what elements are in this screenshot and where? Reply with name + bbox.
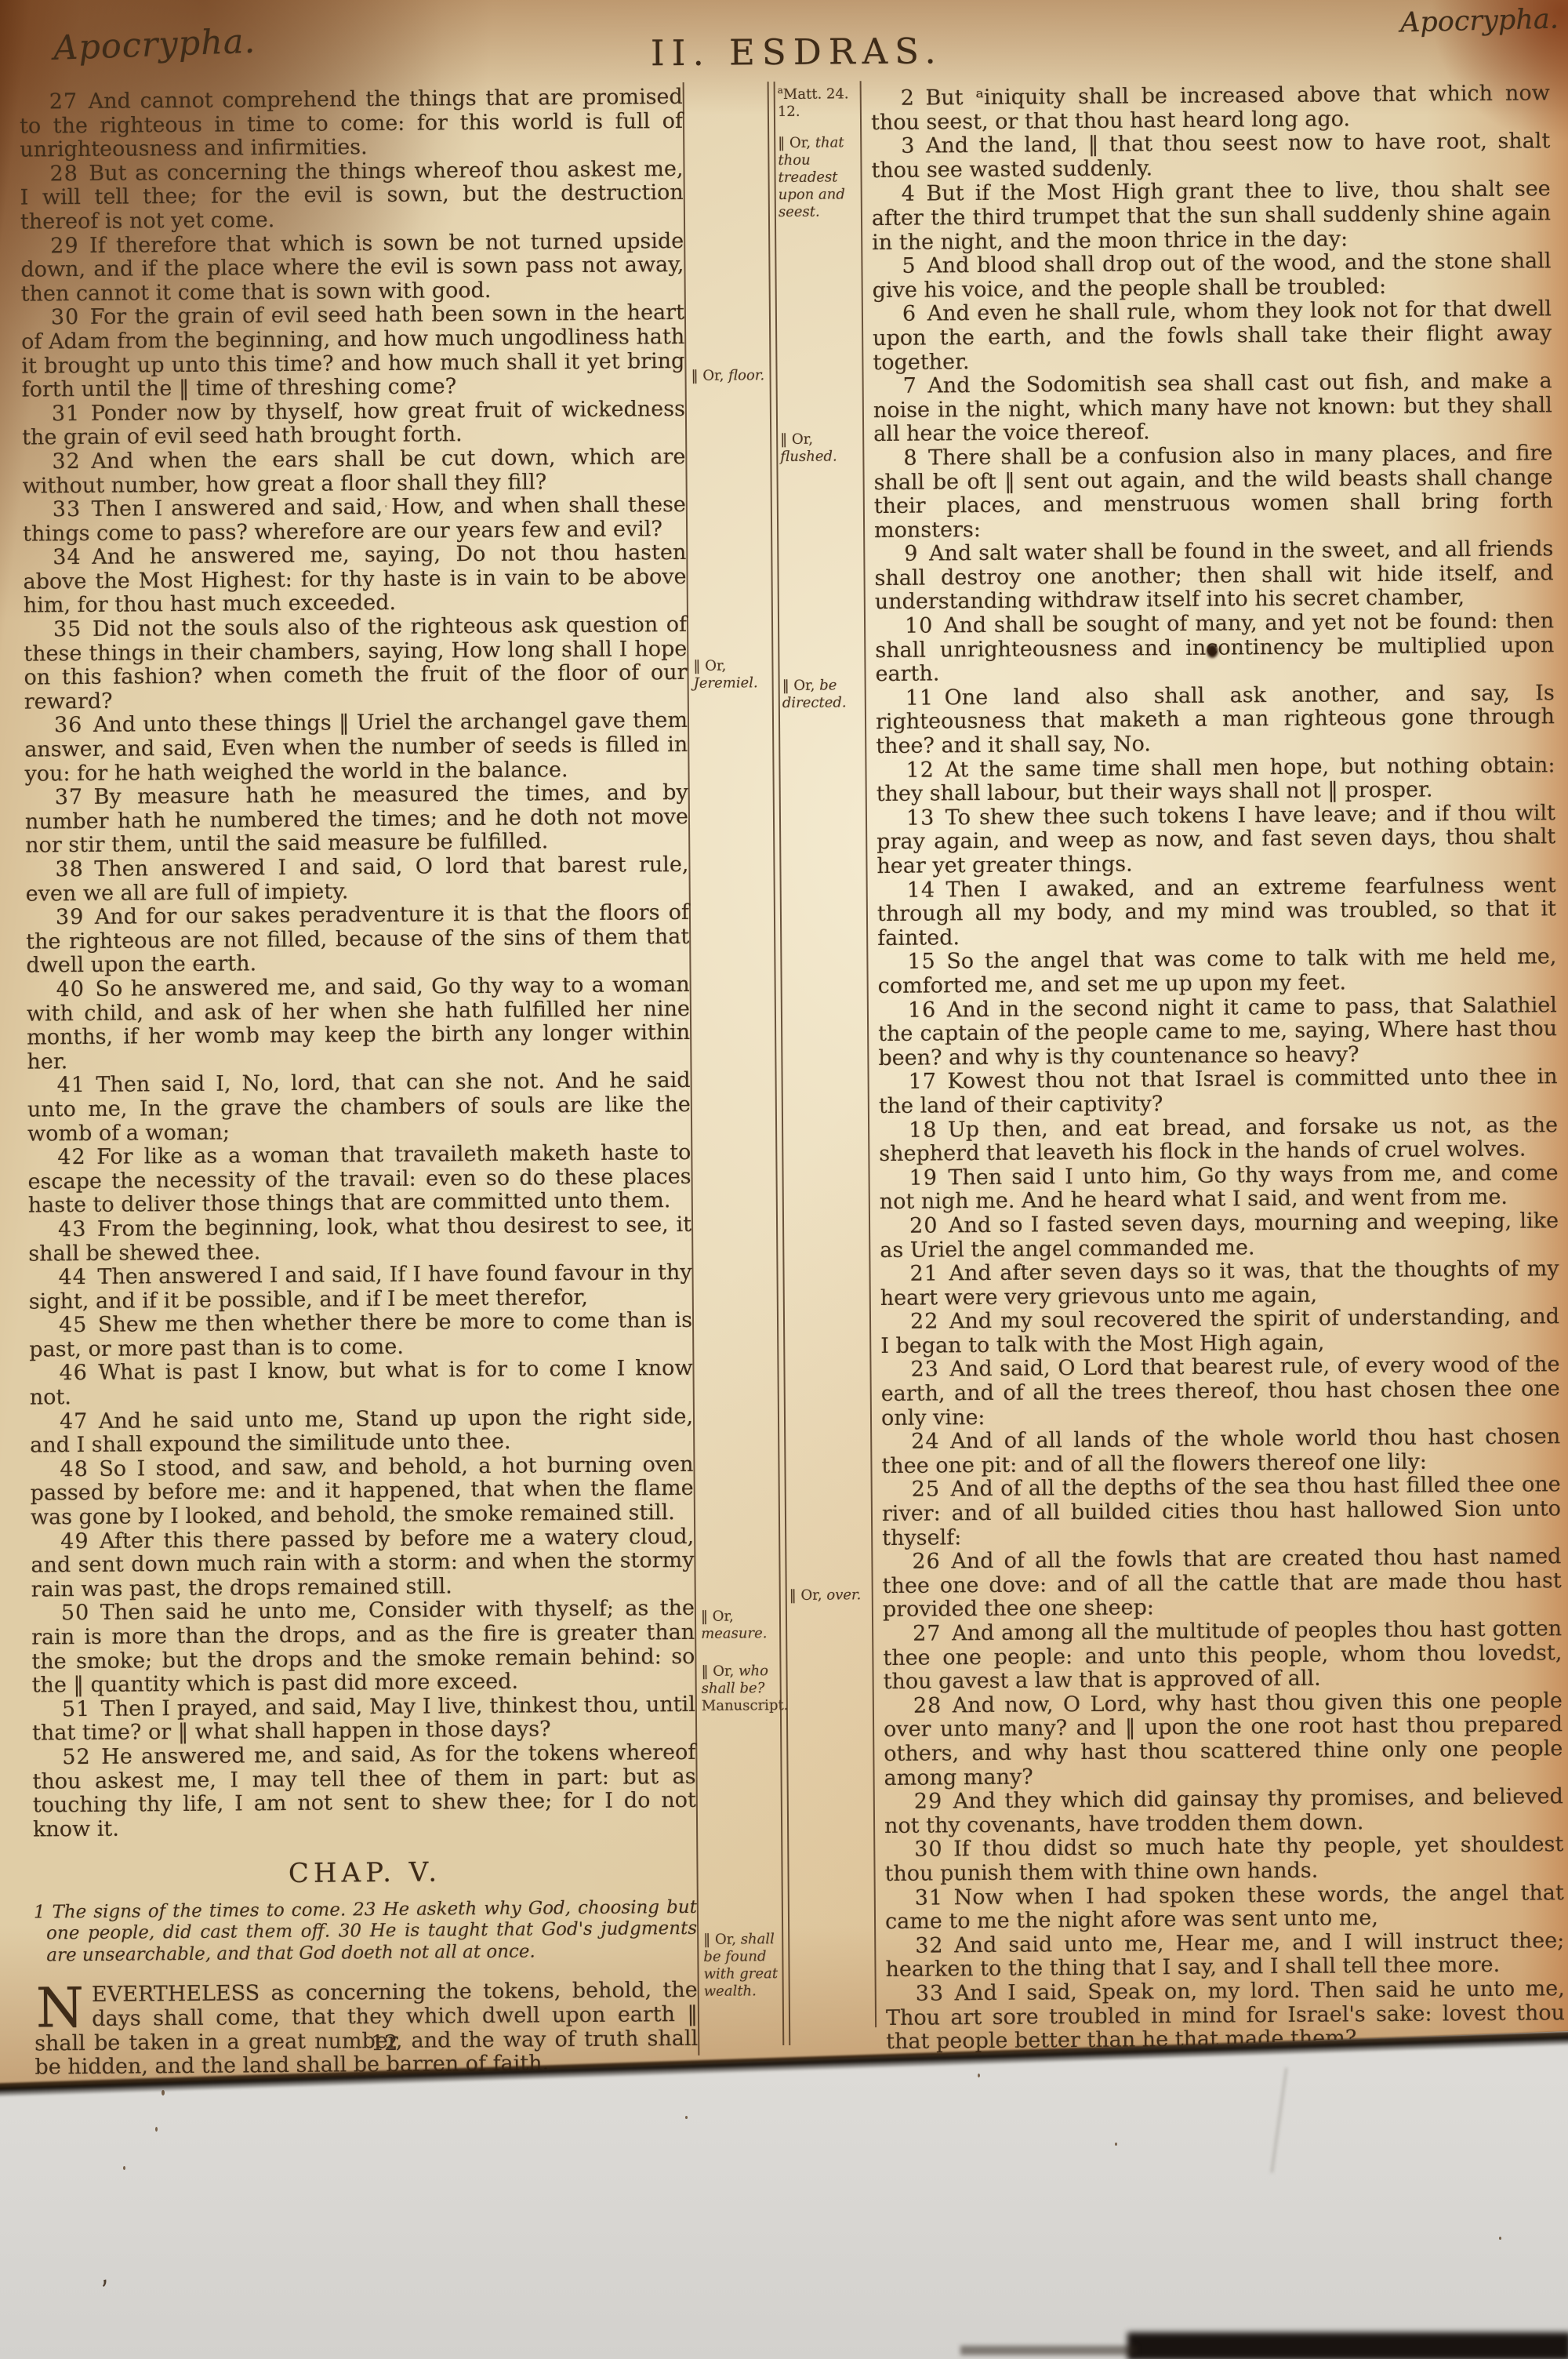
verse-number: 24: [911, 1430, 940, 1454]
verse-number: 45: [59, 1313, 88, 1337]
note-prefix: ‖ Or,: [701, 1663, 734, 1680]
verse-18: 18 Up then, and eat bread, and forsake u…: [879, 1114, 1558, 1167]
verse-number: 33: [916, 1981, 945, 2005]
note-prefix: ‖ Or,: [782, 678, 815, 694]
verse-16: 16 And in the second night it came to pa…: [878, 994, 1558, 1071]
chapter5-verses: 2 But ᵃiniquity shall be increased above…: [871, 82, 1566, 2126]
note-prefix: ‖ Or,: [778, 135, 811, 151]
page-number: 12: [337, 2031, 431, 2056]
verse-number: 14: [907, 878, 936, 902]
verse-number: 16: [908, 998, 937, 1022]
verse-44: 44 Then answered I and said, If I have f…: [28, 1261, 691, 1314]
verse-52: 52 He answered me, and said, As for the …: [32, 1741, 696, 1842]
verse-number: 48: [60, 1457, 89, 1481]
verse-number: 40: [56, 977, 85, 1001]
paper-speck: [1345, 1164, 1348, 1167]
verse-number: 25: [912, 1478, 941, 1502]
note-prefix: ‖ Or,: [693, 658, 726, 674]
photo-scene: , Apocrypha. II. ESDRAS. Apocrypha. 27 A…: [0, 0, 1568, 2359]
dust-speck: [978, 2074, 980, 2077]
verse-8: 8 There shall be a confusion also in man…: [873, 442, 1553, 543]
running-head-right: Apocrypha.: [1400, 3, 1559, 38]
page-title: II. ESDRAS.: [624, 30, 969, 74]
verse-7: 7 And the Sodomitish sea shall cast out …: [873, 369, 1553, 447]
verse-46: 46 What is past I know, but what is for …: [29, 1357, 692, 1410]
note-prefix: ‖ Or,: [701, 1608, 734, 1625]
verse-2: 2 But ᵃiniquity shall be increased above…: [871, 82, 1550, 135]
verse-4: 4 But if the Most High grant thee to liv…: [872, 178, 1552, 256]
verse-number: 34: [53, 545, 82, 569]
note-term: flushed.: [780, 448, 837, 465]
margin-note-flushed: ‖ Or, flushed.: [780, 431, 859, 466]
verse-number: 11: [906, 685, 935, 710]
verse-31: 31 Ponder now by thyself, how great frui…: [22, 398, 685, 451]
bottom-right-shadow: [1127, 2332, 1568, 2359]
verse-number: 9: [904, 542, 918, 566]
verse-number: 26: [912, 1550, 941, 1574]
verse-30: 30 If thou didst so much hate thy people…: [884, 1834, 1563, 1887]
verse-24: 24 And of all lands of the whole world t…: [881, 1425, 1560, 1478]
verse-27: 27 And among all the multitude of people…: [883, 1617, 1563, 1695]
note-term: Jeremiel.: [694, 674, 758, 692]
verse-42: 42 For like as a woman that travaileth m…: [27, 1141, 691, 1218]
verse-number: 39: [56, 905, 85, 929]
verse-number: 2: [901, 86, 915, 111]
verse-number: 6: [902, 302, 916, 326]
verse-37: 37 By measure hath he measured the times…: [25, 781, 689, 858]
verse-50: 50 Then said he unto me, Consider with t…: [31, 1597, 695, 1698]
chapter4-verses: 27 And cannot comprehend the things that…: [20, 85, 697, 1842]
margin-note-measure: ‖ Or, measure.: [701, 1608, 776, 1643]
verse-number: 44: [58, 1265, 87, 1289]
verse-number: 33: [53, 497, 82, 522]
verse-number: 30: [914, 1837, 943, 1862]
margin-note-who-shall-be: ‖ Or, who shall be? Manuscript.: [701, 1663, 777, 1715]
under-sheet-crease: [1271, 2067, 1288, 2172]
verse-28: 28 And now, O Lord, why hast thou given …: [884, 1689, 1563, 1790]
verse-19: 19 Then said I unto him, Go thy ways fro…: [879, 1161, 1558, 1215]
verse-number: 3: [901, 134, 915, 158]
verse-29: 29 If therefore that which is sown be no…: [20, 230, 684, 307]
verse-number: 7: [903, 374, 917, 398]
verse-number: 28: [49, 162, 78, 186]
running-head-left: Apocrypha.: [53, 22, 256, 68]
verse-32: 32 And when the ears shall be cut down, …: [22, 445, 685, 499]
note-prefix: ‖ Or,: [789, 1587, 822, 1604]
verse-15: 15 So the angel that was come to talk wi…: [877, 946, 1556, 999]
verse-35: 35 Did not the souls also of the righteo…: [24, 613, 688, 714]
verse-36: 36 And unto these things ‖ Uriel the arc…: [24, 709, 688, 786]
verse-number: 17: [909, 1070, 938, 1094]
verse-5: 5 And blood shall drop out of the wood, …: [872, 249, 1551, 303]
note-prefix: ‖ Or,: [703, 1932, 736, 1948]
verse-33: 33 Then I answered and said, How, and wh…: [23, 493, 686, 547]
verse-39: 39 And for our sakes peradventure it is …: [26, 901, 690, 978]
verse-26: 26 And of all the fowls that are created…: [882, 1545, 1562, 1623]
verse-number: 21: [909, 1262, 938, 1286]
verse-47: 47 And he said unto me, Stand up upon th…: [30, 1405, 693, 1459]
note-term: measure.: [701, 1625, 767, 1642]
verse-17: 17 Kowest thou not that Israel is commit…: [879, 1066, 1558, 1119]
paper-speck: [1040, 1751, 1043, 1754]
verse-number: 37: [55, 785, 84, 809]
verse-13: 13 To shew thee such tokens I have leave…: [877, 801, 1556, 879]
verse-22: 22 And my soul recovered the spirit of u…: [880, 1306, 1559, 1359]
note-roman: Matt. 24. 12.: [778, 85, 849, 120]
ink-blot: [1207, 645, 1218, 658]
dust-speck: [123, 2166, 125, 2170]
note-prefix: ‖ Or,: [780, 431, 813, 448]
right-text-column: 2 But ᵃiniquity shall be increased above…: [871, 82, 1566, 2126]
dust-speck: [155, 2127, 158, 2132]
dust-speck: [1115, 2143, 1117, 2146]
verse-number: 8: [903, 446, 917, 471]
verse-30: 30 For the grain of evil seed hath been …: [21, 301, 685, 402]
margin-note-treadest: ‖ Or, that thou treadest upon and seest.: [778, 134, 858, 221]
verse-28: 28 But as concerning the things whereof …: [20, 158, 684, 234]
verse-number: 51: [62, 1697, 91, 1721]
verse-51: 51 Then I prayed, and said, May I live, …: [32, 1693, 695, 1747]
margin-note-floor: ‖ Or, floor.: [691, 367, 766, 385]
verse-number: 29: [50, 234, 79, 258]
verse-23: 23 And said, O Lord that bearest rule, o…: [880, 1354, 1560, 1431]
verse-number: 31: [52, 402, 81, 426]
verse-25: 25 And of all the depths of the sea thou…: [882, 1474, 1562, 1551]
scanned-book-photo: { "page": { "running_head_left": "Apocry…: [0, 0, 1568, 2359]
verse-number: 52: [62, 1745, 91, 1769]
verse-number: 49: [60, 1529, 89, 1554]
verse-number: 5: [902, 254, 916, 278]
verse-21: 21 And after seven days so it was, that …: [880, 1257, 1559, 1310]
verse-41: 41 Then said I, No, lord, that can she n…: [27, 1069, 691, 1146]
verse-number: 22: [910, 1310, 939, 1334]
verse-number: 19: [909, 1165, 938, 1190]
chapter-heading: CHAP. V.: [33, 1859, 696, 1888]
verse-29: 29 And they which did gainsay thy promis…: [884, 1785, 1563, 1838]
verse-number: 36: [54, 713, 83, 737]
left-text-column: 27 And cannot comprehend the things that…: [20, 85, 699, 2080]
verse-11: 11 One land also shall ask another, and …: [876, 682, 1555, 759]
note-term: over.: [826, 1587, 861, 1603]
stray-ink-mark: ,: [95, 2258, 111, 2290]
verse-43: 43 From the beginning, look, what thou d…: [28, 1213, 691, 1267]
verse-48: 48 So I stood, and saw, and behold, a ho…: [30, 1453, 694, 1530]
margin-notes-left: ‖ Or, floor. ‖ Or, Jeremiel. ‖ Or, measu…: [688, 0, 764, 1]
verse-number: 27: [913, 1621, 942, 1645]
dust-speck: [685, 2116, 688, 2119]
verse-number: 43: [58, 1217, 87, 1241]
verse-20: 20 And so I fasted seven days, mourning …: [880, 1209, 1559, 1263]
paper-speck: [385, 505, 387, 507]
note-roman: Manuscript.: [702, 1697, 789, 1714]
verse-34: 34 And he answered me, saying, Do not th…: [23, 541, 687, 618]
margin-note-be-directed: ‖ Or, be directed.: [782, 677, 862, 712]
verse-14: 14 Then I awaked, and an extreme fearful…: [877, 874, 1557, 951]
verse-number: 42: [57, 1145, 86, 1169]
verse-number: 38: [55, 857, 84, 881]
verse-number: 30: [51, 305, 80, 329]
verse-3: 3 And the land, ‖ that thou seest now to…: [871, 129, 1550, 183]
verse-27: 27 And cannot comprehend the things that…: [20, 85, 684, 162]
verse-number: 28: [913, 1693, 942, 1717]
verse-6: 6 And even he shall rule, whom they look…: [873, 298, 1552, 376]
verse-number: 20: [909, 1213, 938, 1238]
verse-number: 23: [910, 1358, 939, 1382]
note-prefix: ‖ Or,: [691, 368, 724, 384]
verse-40: 40 So he answered me, and said, Go thy w…: [27, 973, 691, 1074]
dust-speck: [1499, 2237, 1501, 2240]
verse-number: 29: [914, 1790, 943, 1814]
verse-number: 50: [61, 1601, 90, 1625]
verse-number: 47: [60, 1409, 89, 1434]
drop-cap: N: [34, 1983, 93, 2029]
verse-number: 35: [53, 617, 82, 642]
verse-12: 12 At the same time shall men hope, but …: [876, 754, 1555, 807]
note-term: floor.: [728, 367, 764, 383]
verse-45: 45 Shew me then whether there be more to…: [29, 1309, 692, 1362]
margin-note-wealth: ‖ Or, shall be found with great wealth.: [703, 1931, 779, 2001]
book-page: Apocrypha. II. ESDRAS. Apocrypha. 27 And…: [0, 0, 1568, 2092]
verse-number: 12: [906, 758, 935, 782]
verse-number: 15: [907, 950, 936, 974]
margin-note-over: ‖ Or, over.: [789, 1587, 869, 1605]
verse-number: 31: [915, 1885, 944, 1910]
verse-number: 18: [909, 1118, 938, 1142]
verse-number: 32: [915, 1933, 944, 1957]
verse-number: 10: [905, 614, 934, 638]
bottom-right-shadow-faint: [960, 2346, 1137, 2355]
verse-31: 31 Now when I had spoken these words, th…: [885, 1881, 1564, 1935]
verse-38: 38 Then answered I and said, O lord that…: [25, 853, 688, 907]
chapter-summary: 1 The signs of the times to come. 23 He …: [34, 1897, 698, 1967]
verse-number: 27: [49, 89, 78, 114]
verse-number: 32: [52, 449, 81, 474]
page-content: Apocrypha. II. ESDRAS. Apocrypha. 27 And…: [0, 0, 1568, 2099]
verse-number: 4: [902, 182, 916, 206]
verse-49: 49 After this there passed by before me …: [31, 1525, 695, 1602]
verse-number: 13: [906, 805, 935, 830]
verse-number: 41: [57, 1073, 86, 1097]
verse-number: 46: [59, 1361, 88, 1385]
margin-note-matt-24-12: aMatt. 24. 12.: [778, 85, 857, 121]
margin-note-jeremiel: ‖ Or, Jeremiel.: [693, 657, 768, 692]
verse-9: 9 And salt water shall be found in the s…: [874, 538, 1554, 616]
verse-32: 32 And said unto me, Hear me, and I will…: [885, 1929, 1564, 1983]
